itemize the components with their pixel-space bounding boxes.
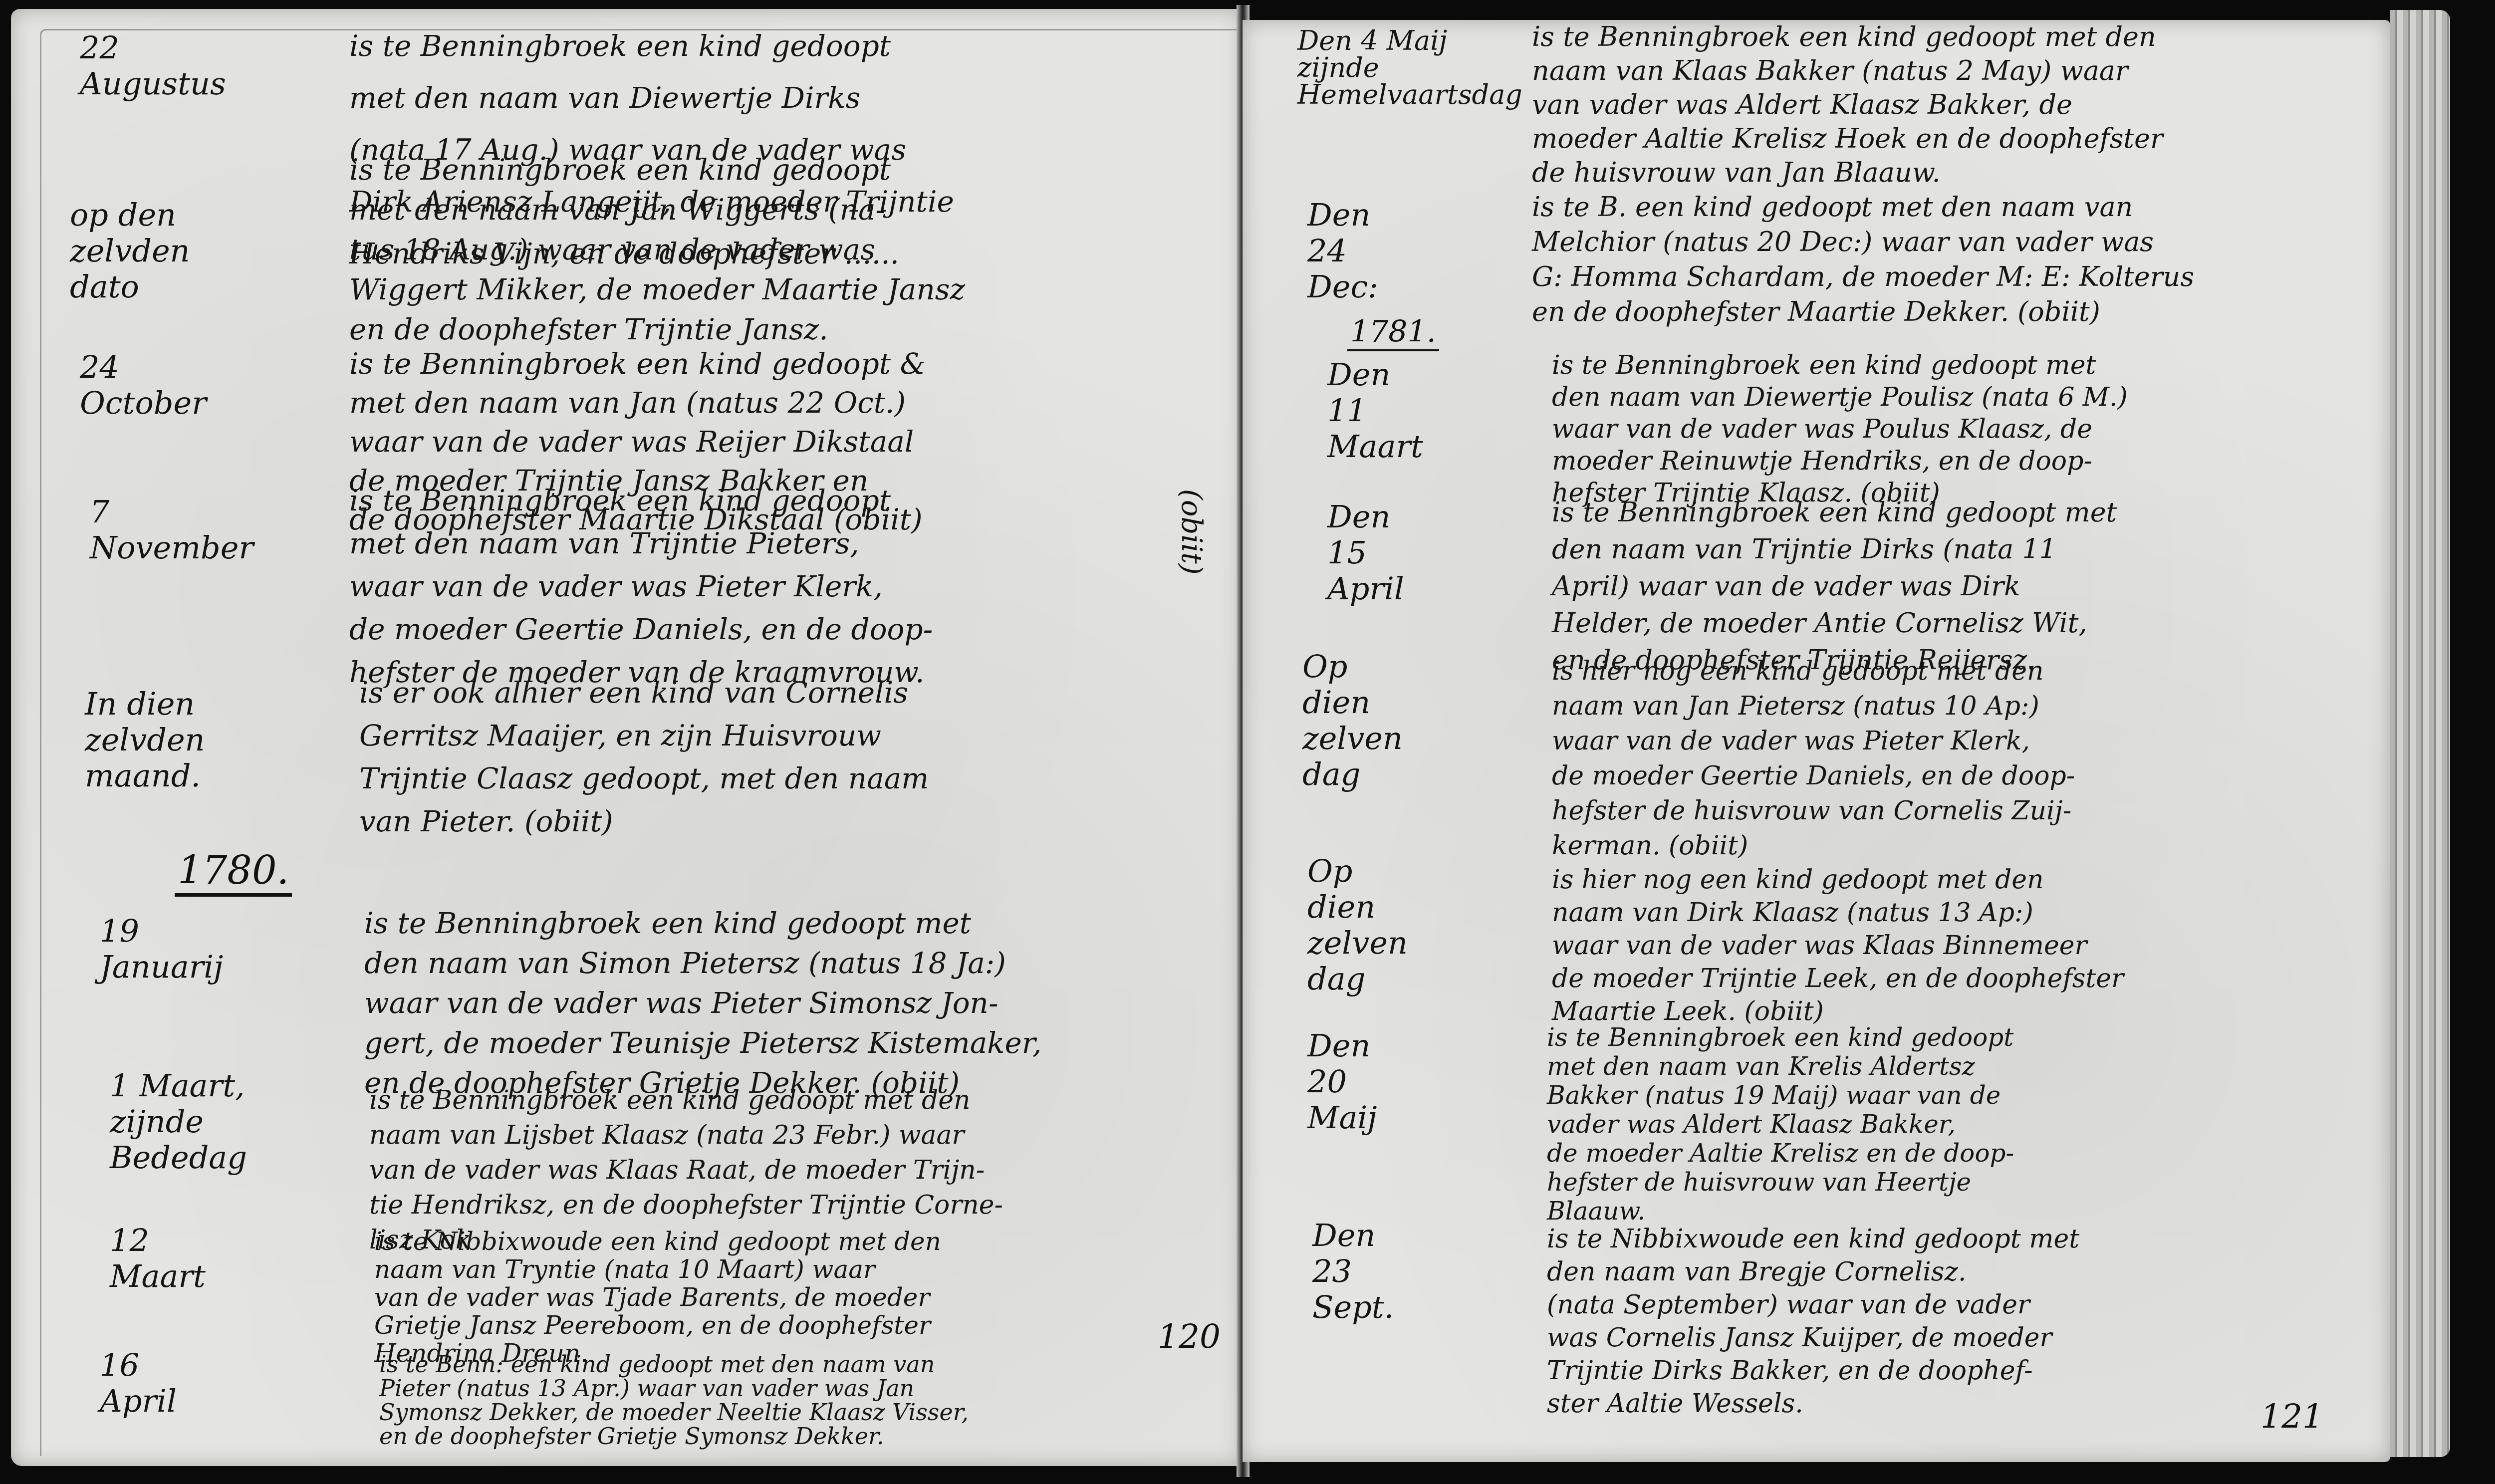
- entry-line: waar van de vader was Pieter Simonsz Jon…: [364, 983, 1042, 1023]
- entry-line: naam van Lijsbet Klaasz (nata 23 Febr.) …: [369, 1118, 1003, 1153]
- entry-date: Den 24 Dec:: [1307, 197, 1378, 305]
- entry-line: Symonsz Dekker, de moeder Neeltie Klaasz…: [379, 1400, 969, 1424]
- entry-line: den naam van Bregje Cornelisz.: [1547, 1255, 2079, 1288]
- entry-line: en de doophefster Grietje Symonsz Dekker…: [379, 1424, 969, 1448]
- entry-text: is te Benningbroek een kind gedoopt met …: [1552, 349, 2128, 509]
- entry-line: naam van Jan Pietersz (natus 10 Ap:): [1552, 689, 2075, 724]
- entry-line: Wiggert Mikker, de moeder Maartie Jansz: [349, 269, 965, 309]
- entry-line: vader was Aldert Klaasz Bakker,: [1547, 1110, 2014, 1139]
- entry-line: is te Benningbroek een kind gedoopt: [349, 479, 933, 522]
- year-heading: 1780.: [175, 848, 292, 897]
- entry-line: was Cornelis Jansz Kuijper, de moeder: [1547, 1321, 2079, 1354]
- page-number-right: 121: [2260, 1397, 2323, 1436]
- entry-line: van vader was Aldert Klaasz Bakker, de: [1532, 88, 2163, 122]
- page-number-left: 120: [1158, 1317, 1221, 1356]
- entry-line: naam van Klaas Bakker (natus 2 May) waar: [1532, 54, 2163, 88]
- entry-line: de moeder Aaltie Krelisz en de doop-: [1547, 1139, 2014, 1168]
- entry-text: is te Benningbroek een kind gedoopt met …: [1532, 20, 2163, 190]
- entry-line: is te Benningbroek een kind gedoopt met …: [369, 1083, 1003, 1118]
- obiit-margin-note: (obiit): [1175, 489, 1208, 575]
- entry-line: is te Benningbroek een kind gedoopt met …: [1532, 20, 2163, 54]
- entry-line: is te Benningbroek een kind gedoopt met: [1552, 494, 2117, 531]
- entry-line: is te Benningbroek een kind gedoopt: [1547, 1023, 2014, 1052]
- entry-line: moeder Aaltie Krelisz Hoek en de doophef…: [1532, 122, 2163, 156]
- entry-line: is te B. een kind gedoopt met den naam v…: [1532, 190, 2194, 225]
- entry-line: en de doophefster Maartie Dekker. (obiit…: [1532, 294, 2194, 329]
- entry-date: Den 15 April: [1327, 499, 1404, 607]
- entry-line: Blaauw.: [1547, 1197, 2014, 1226]
- entry-text: is hier nog een kind gedoopt met den naa…: [1552, 863, 2124, 1028]
- entry-line: met den naam van Krelis Aldertsz: [1547, 1052, 2014, 1081]
- entry-line: tus 18 Aug.) waar van de vader was: [349, 230, 965, 269]
- entry-line: is te Benningbroek een kind gedoopt: [349, 20, 954, 72]
- register-spread: 22 Augustus is te Benningbroek een kind …: [0, 0, 2495, 1484]
- entry-line: van Pieter. (obiit): [359, 800, 929, 843]
- entry-date: 16 April: [100, 1347, 177, 1419]
- entry-line: met den naam van Diewertje Dirks: [349, 72, 954, 124]
- entry-text: is te Benningbroek een kind gedoopt met …: [1547, 1023, 2014, 1226]
- entry-line: is hier nog een kind gedoopt met den: [1552, 654, 2075, 689]
- entry-line: is te Benningbroek een kind gedoopt met: [1552, 349, 2128, 381]
- entry-line: is te Benningbroek een kind gedoopt &: [349, 344, 926, 383]
- entry-line: den naam van Simon Pietersz (natus 18 Ja…: [364, 943, 1042, 983]
- entry-text: is er ook alhier een kind van Cornelis G…: [359, 671, 929, 843]
- entry-text: is te B. een kind gedoopt met den naam v…: [1532, 190, 2194, 329]
- entry-line: Trijntie Claasz gedoopt, met den naam: [359, 757, 929, 800]
- entry-date: Den 23 Sept.: [1312, 1218, 1394, 1325]
- entry-line: de moeder Trijntie Leek, en de doophefst…: [1552, 962, 2124, 995]
- entry-line: de moeder Geertie Daniels, en de doop-: [1552, 758, 2075, 793]
- entry-line: met den naam van Jan Wiggerts (na-: [349, 190, 965, 230]
- entry-date: Den 4 Maij zijnde Hemelvaartsdag: [1297, 27, 1522, 108]
- entry-text: is te Benningbroek een kind gedoopt met …: [1552, 494, 2117, 679]
- entry-line: is er ook alhier een kind van Cornelis: [359, 671, 929, 714]
- entry-text: is te Benn: een kind gedoopt met den naa…: [379, 1352, 969, 1448]
- entry-date: Den 11 Maart: [1327, 357, 1423, 465]
- entry-text: is te Benningbroek een kind gedoopt met …: [349, 150, 965, 349]
- entry-line: is te Nibbixwoude een kind gedoopt met d…: [374, 1228, 941, 1255]
- entry-line: waar van de vader was Pieter Klerk,: [1552, 724, 2075, 758]
- entry-line: waar van de vader was Klaas Binnemeer: [1552, 929, 2124, 962]
- entry-line: den naam van Trijntie Dirks (nata 11: [1552, 531, 2117, 568]
- entry-line: naam van Tryntie (nata 10 Maart) waar: [374, 1255, 941, 1283]
- entry-line: Pieter (natus 13 Apr.) waar van vader wa…: [379, 1376, 969, 1400]
- entry-line: en de doophefster Trijntie Jansz.: [349, 309, 965, 349]
- entry-line: ster Aaltie Wessels.: [1547, 1387, 2079, 1420]
- entry-date: 7 November: [90, 494, 253, 566]
- entry-text: is te Nibbixwoude een kind gedoopt met d…: [374, 1228, 941, 1367]
- entry-text: is te Benningbroek een kind gedoopt met …: [364, 903, 1042, 1103]
- entry-date: Op dien zelven dag: [1302, 649, 1403, 792]
- entry-line: moeder Reinuwtje Hendriks, en de doop-: [1552, 445, 2128, 477]
- entry-line: Bakker (natus 19 Maij) waar van de: [1547, 1081, 2014, 1110]
- entry-line: kerman. (obiit): [1552, 828, 2075, 863]
- entry-line: waar van de vader was Pieter Klerk,: [349, 565, 933, 608]
- year-heading: 1781.: [1347, 314, 1439, 351]
- entry-text: is te Benningbroek een kind gedoopt met …: [349, 479, 933, 694]
- entry-line: is te Nibbixwoude een kind gedoopt met: [1547, 1223, 2079, 1255]
- entry-date: op den zelvden dato: [70, 197, 190, 305]
- entry-date: 22 Augustus: [80, 30, 226, 102]
- entry-line: waar van de vader was Poulus Klaasz, de: [1552, 413, 2128, 445]
- entry-line: den naam van Diewertje Poulisz (nata 6 M…: [1552, 381, 2128, 413]
- entry-line: waar van de vader was Reijer Dikstaal: [349, 422, 926, 461]
- entry-line: van de vader was Tjade Barents, de moede…: [374, 1283, 941, 1311]
- entry-line: Trijntie Dirks Bakker, en de doophef-: [1547, 1354, 2079, 1387]
- entry-line: hefster de huisvrouw van Cornelis Zuij-: [1552, 793, 2075, 828]
- entry-line: is te Benningbroek een kind gedoopt: [349, 150, 965, 190]
- entry-date: 12 Maart: [110, 1223, 206, 1294]
- entry-date: Den 20 Maij: [1307, 1028, 1377, 1136]
- entry-line: is te Benn: een kind gedoopt met den naa…: [379, 1352, 969, 1376]
- entry-line: is te Benningbroek een kind gedoopt met: [364, 903, 1042, 943]
- entry-line: (nata September) waar van de vader: [1547, 1288, 2079, 1321]
- entry-line: de moeder Geertie Daniels, en de doop-: [349, 608, 933, 651]
- entry-line: met den naam van Trijntie Pieters,: [349, 522, 933, 565]
- entry-line: tie Hendriksz, en de doophefster Trijnti…: [369, 1188, 1003, 1223]
- entry-line: Gerritsz Maaijer, en zijn Huisvrouw: [359, 714, 929, 757]
- entry-line: hefster de huisvrouw van Heertje: [1547, 1168, 2014, 1197]
- entry-line: Helder, de moeder Antie Cornelisz Wit,: [1552, 605, 2117, 642]
- entry-line: naam van Dirk Klaasz (natus 13 Ap:): [1552, 896, 2124, 929]
- entry-date: 1 Maart, zijnde Bededag: [110, 1068, 247, 1176]
- entry-date: In dien zelvden maand.: [85, 686, 205, 794]
- entry-line: G: Homma Schardam, de moeder M: E: Kolte…: [1532, 259, 2194, 294]
- entry-text: is hier nog een kind gedoopt met den naa…: [1552, 654, 2075, 863]
- entry-line: de huisvrouw van Jan Blaauw.: [1532, 156, 2163, 190]
- entry-line: van de vader was Klaas Raat, de moeder T…: [369, 1153, 1003, 1188]
- entry-date: 24 October: [80, 349, 207, 421]
- entry-line: is hier nog een kind gedoopt met den: [1552, 863, 2124, 896]
- entry-line: Melchior (natus 20 Dec:) waar van vader …: [1532, 225, 2194, 259]
- page-edge-stack: [2390, 10, 2450, 1457]
- entry-line: gert, de moeder Teunisje Pietersz Kistem…: [364, 1023, 1042, 1063]
- entry-date: 19 Januarij: [100, 913, 223, 985]
- entry-date: Op dien zelven dag: [1307, 853, 1408, 997]
- entry-line: April) waar van de vader was Dirk: [1552, 568, 2117, 605]
- entry-line: met den naam van Jan (natus 22 Oct.): [349, 383, 926, 422]
- entry-text: is te Nibbixwoude een kind gedoopt met d…: [1547, 1223, 2079, 1420]
- entry-line: Grietje Jansz Peereboom, en de doophefst…: [374, 1311, 941, 1339]
